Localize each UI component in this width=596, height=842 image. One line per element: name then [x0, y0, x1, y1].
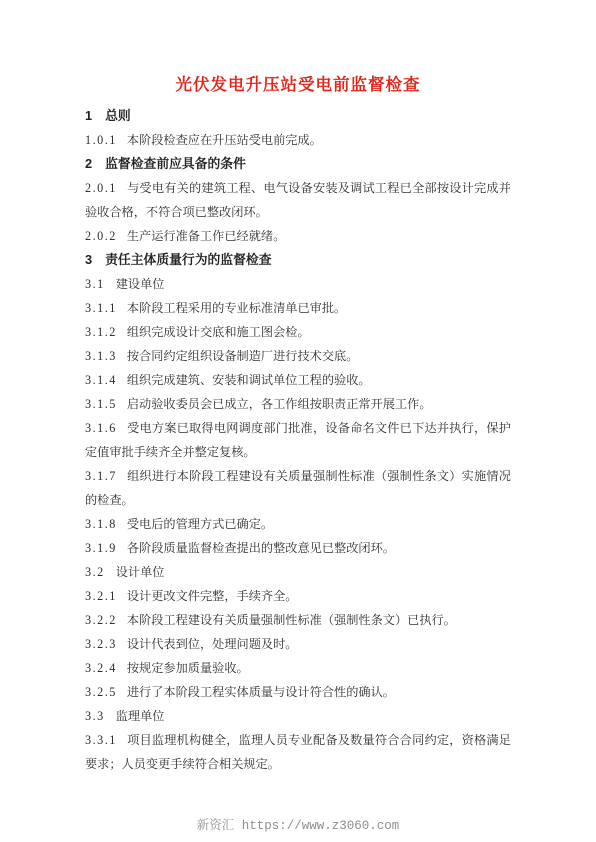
section-heading-3: 3责任主体质量行为的监督检查	[85, 248, 511, 272]
section-number: 3	[85, 252, 92, 267]
subsection-heading-3-1: 3.1建设单位	[85, 272, 511, 296]
subsection-number: 3.3	[85, 709, 105, 723]
clause-text: 组织完成设计交底和施工图会检。	[127, 325, 310, 339]
clause-3-1-1: 3.1.1本阶段工程采用的专业标准清单已审批。	[85, 296, 511, 320]
clause-number: 3.1.6	[85, 421, 117, 435]
clause-3-1-6: 3.1.6受电方案已取得电网调度部门批准，设备命名文件已下达并执行，保护定值审批…	[85, 416, 511, 464]
clause-number: 3.1.9	[85, 541, 117, 555]
clause-text: 启动验收委员会已成立，各工作组按职责正常开展工作。	[127, 397, 432, 411]
clause-number: 2.0.2	[85, 229, 117, 243]
clause-text: 本阶段工程建设有关质量强制性标准（强制性条文）已执行。	[127, 613, 456, 627]
document-content: 光伏发电升压站受电前监督检查 1总则 1.0.1本阶段检查应在升压站受电前完成。…	[85, 74, 511, 776]
document-title: 光伏发电升压站受电前监督检查	[85, 74, 511, 96]
subsection-title: 建设单位	[116, 277, 165, 291]
clause-text: 按规定参加质量验收。	[127, 661, 249, 675]
clause-text: 组织进行本阶段工程建设有关质量强制性标准（强制性条文）实施情况的检查。	[85, 469, 511, 507]
clause-3-1-8: 3.1.8受电后的管理方式已确定。	[85, 512, 511, 536]
section-title: 总则	[105, 108, 131, 123]
clause-number: 3.1.3	[85, 349, 117, 363]
clause-text: 设计代表到位，处理问题及时。	[127, 637, 298, 651]
section-number: 2	[85, 156, 92, 171]
clause-text: 本阶段检查应在升压站受电前完成。	[127, 133, 322, 147]
clause-3-1-2: 3.1.2组织完成设计交底和施工图会检。	[85, 320, 511, 344]
clause-number: 3.3.1	[85, 733, 117, 747]
section-heading-1: 1总则	[85, 104, 511, 128]
clause-text: 设计更改文件完整，手续齐全。	[127, 589, 298, 603]
clause-text: 进行了本阶段工程实体质量与设计符合性的确认。	[127, 685, 395, 699]
clause-3-2-5: 3.2.5进行了本阶段工程实体质量与设计符合性的确认。	[85, 680, 511, 704]
clause-text: 与受电有关的建筑工程、电气设备安装及调试工程已全部按设计完成并验收合格，不符合项…	[85, 181, 511, 219]
clause-3-2-4: 3.2.4按规定参加质量验收。	[85, 656, 511, 680]
clause-text: 按合同约定组织设备制造厂进行技术交底。	[127, 349, 359, 363]
clause-3-1-7: 3.1.7组织进行本阶段工程建设有关质量强制性标准（强制性条文）实施情况的检查。	[85, 464, 511, 512]
document-page: 光伏发电升压站受电前监督检查 1总则 1.0.1本阶段检查应在升压站受电前完成。…	[0, 0, 596, 842]
clause-3-2-1: 3.2.1设计更改文件完整，手续齐全。	[85, 584, 511, 608]
clause-number: 2.0.1	[85, 181, 117, 195]
clause-number: 3.2.4	[85, 661, 117, 675]
watermark-footer: 新资汇 https://www.z3060.com	[0, 815, 596, 833]
subsection-heading-3-3: 3.3监理单位	[85, 704, 511, 728]
section-title: 责任主体质量行为的监督检查	[105, 252, 271, 267]
subsection-title: 设计单位	[116, 565, 165, 579]
clause-text: 项目监理机构健全，监理人员专业配备及数量符合合同约定，资格满足要求；人员变更手续…	[85, 733, 511, 771]
clause-number: 3.1.2	[85, 325, 117, 339]
section-heading-2: 2监督检查前应具备的条件	[85, 152, 511, 176]
clause-number: 3.1.1	[85, 301, 117, 315]
subsection-number: 3.2	[85, 565, 105, 579]
clause-number: 3.1.4	[85, 373, 117, 387]
clause-text: 组织完成建筑、安装和调试单位工程的验收。	[127, 373, 371, 387]
subsection-title: 监理单位	[116, 709, 165, 723]
clause-3-1-4: 3.1.4组织完成建筑、安装和调试单位工程的验收。	[85, 368, 511, 392]
clause-3-2-2: 3.2.2本阶段工程建设有关质量强制性标准（强制性条文）已执行。	[85, 608, 511, 632]
clause-number: 1.0.1	[85, 133, 117, 147]
clause-3-2-3: 3.2.3设计代表到位，处理问题及时。	[85, 632, 511, 656]
section-number: 1	[85, 108, 92, 123]
clause-text: 受电方案已取得电网调度部门批准，设备命名文件已下达并执行，保护定值审批手续齐全并…	[85, 421, 511, 459]
clause-number: 3.2.3	[85, 637, 117, 651]
clause-3-1-3: 3.1.3按合同约定组织设备制造厂进行技术交底。	[85, 344, 511, 368]
clause-3-1-5: 3.1.5启动验收委员会已成立，各工作组按职责正常开展工作。	[85, 392, 511, 416]
subsection-number: 3.1	[85, 277, 105, 291]
subsection-heading-3-2: 3.2设计单位	[85, 560, 511, 584]
clause-3-1-9: 3.1.9各阶段质量监督检查提出的整改意见已整改闭环。	[85, 536, 511, 560]
clause-text: 各阶段质量监督检查提出的整改意见已整改闭环。	[127, 541, 395, 555]
clause-3-3-1: 3.3.1项目监理机构健全，监理人员专业配备及数量符合合同约定，资格满足要求；人…	[85, 728, 511, 776]
clause-number: 3.2.1	[85, 589, 117, 603]
clause-text: 本阶段工程采用的专业标准清单已审批。	[127, 301, 346, 315]
clause-number: 3.1.8	[85, 517, 117, 531]
section-title: 监督检查前应具备的条件	[105, 156, 246, 171]
clause-number: 3.1.7	[85, 469, 117, 483]
clause-1-0-1: 1.0.1本阶段检查应在升压站受电前完成。	[85, 128, 511, 152]
clause-number: 3.2.5	[85, 685, 117, 699]
clause-number: 3.2.2	[85, 613, 117, 627]
clause-number: 3.1.5	[85, 397, 117, 411]
clause-text: 受电后的管理方式已确定。	[127, 517, 273, 531]
clause-text: 生产运行准备工作已经就绪。	[127, 229, 285, 243]
clause-2-0-2: 2.0.2生产运行准备工作已经就绪。	[85, 224, 511, 248]
clause-2-0-1: 2.0.1与受电有关的建筑工程、电气设备安装及调试工程已全部按设计完成并验收合格…	[85, 176, 511, 224]
